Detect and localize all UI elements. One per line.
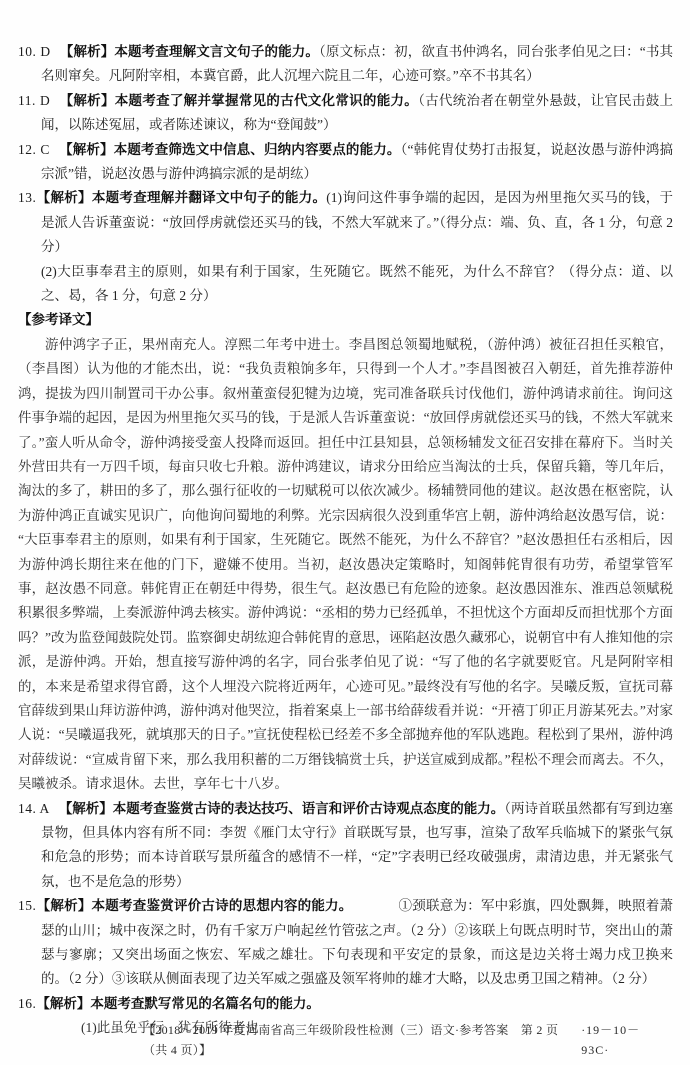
analysis-lead: 【解析】本题考查默写常见的名篇名句的能力。 (36, 996, 320, 1011)
answer-item-15: 15.【解析】本题考查鉴赏评价古诗的思想内容的能力。①颈联意为：军中彩旗，四处飘… (18, 894, 673, 992)
analysis-lead: 【解析】本题考查鉴赏评价古诗的思想内容的能力。 (36, 898, 352, 913)
question-number: 11. D (18, 93, 50, 108)
answer-item-14: 14. A【解析】本题考查鉴赏古诗的表达技巧、语言和评价古诗观点态度的能力。（两… (18, 797, 673, 895)
question-number: 10. D (18, 44, 51, 59)
question-number: 15. (18, 898, 36, 913)
question-number: 14. A (18, 801, 50, 816)
page-footer: 【2018～2019 年度河南省高三年级阶段性检测（三）语文·参考答案 第 2 … (0, 1020, 690, 1060)
answer-item-10: 10. D【解析】本题考查理解文言文句子的能力。（原文标点：初，欲直书仲鸿名，同… (18, 40, 673, 89)
analysis-lead: 【解析】本题考查了解并掌握常见的古代文化常识的能力。 (59, 93, 418, 108)
answer-item-13: 13.【解析】本题考查理解并翻译文中句子的能力。(1)询问这件事争端的起因，是因… (18, 186, 673, 308)
footer-exam-info: 【2018～2019 年度河南省高三年级阶段性检测（三）语文·参考答案 第 2 … (143, 1020, 581, 1060)
question-number: 13. (18, 190, 36, 205)
reference-translation-heading: 【参考译文】 (18, 308, 673, 332)
answer-item-11: 11. D【解析】本题考查了解并掌握常见的古代文化常识的能力。（古代统治者在朝堂… (18, 89, 673, 138)
question-number: 12. C (18, 142, 50, 157)
answer-item-12: 12. C【解析】本题考查筛选文中信息、归纳内容要点的能力。（“韩侂胄仗势打击报… (18, 138, 673, 187)
analysis-lead: 【解析】本题考查筛选文中信息、归纳内容要点的能力。 (59, 142, 401, 157)
question-number: 16. (18, 996, 36, 1011)
answer-key-page: 10. D【解析】本题考查理解文言文句子的能力。（原文标点：初，欲直书仲鸿名，同… (0, 0, 690, 1065)
analysis-lead: 【解析】本题考查理解并翻译文中句子的能力。 (36, 190, 326, 205)
analysis-lead: 【解析】本题考查鉴赏古诗的表达技巧、语言和评价古诗观点态度的能力。 (59, 801, 505, 816)
footer-paper-code: ·19－10－93C· (581, 1020, 660, 1060)
analysis-text-part2: (2)大臣事奉君主的原则，如果有利于国家，生死随它。既然不能死，为什么不辞官？（… (41, 260, 673, 309)
analysis-lead: 【解析】本题考查理解文言文句子的能力。 (60, 44, 319, 59)
reference-translation-paragraph: 游仲鸿字子正，果州南充人。淳熙二年考中进士。李昌图总领蜀地赋税，（游仲鸿）被征召… (18, 333, 673, 797)
